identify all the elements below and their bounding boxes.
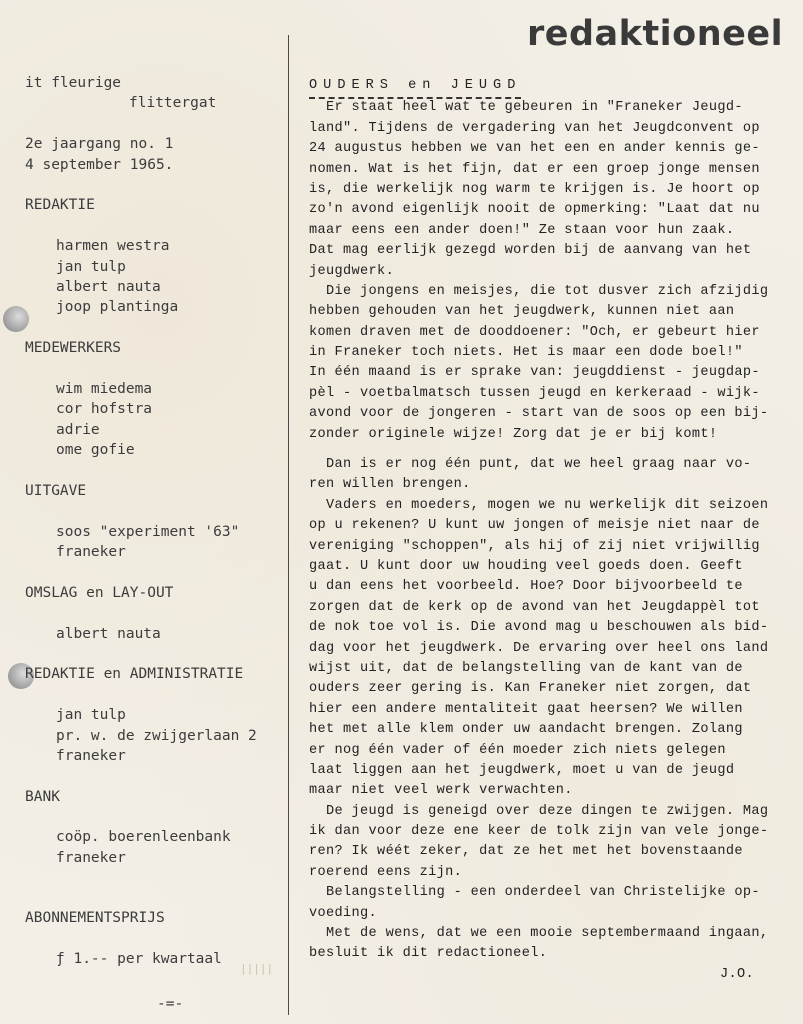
- section-line: cor hofstra: [25, 399, 285, 419]
- section-line: franeker: [25, 848, 285, 868]
- article-line: Er staat heel wat te gebeuren in "Franek…: [309, 98, 794, 118]
- section-heading: OMSLAG en LAY-OUT: [25, 583, 285, 603]
- issue-date: 4 september 1965.: [25, 155, 285, 175]
- article-line: 24 augustus hebben we van het een en and…: [309, 139, 794, 159]
- section-line: jan tulp: [25, 705, 285, 725]
- article-line: dag voor het jeugdwerk. De ervaring over…: [309, 639, 794, 659]
- section-line: jan tulp: [25, 257, 285, 277]
- article-line: ik dan voor deze ene keer de tolk zijn v…: [309, 822, 794, 842]
- article-line: Vaders en moeders, mogen we nu werkelijk…: [309, 496, 794, 516]
- section-line: albert nauta: [25, 624, 285, 644]
- section-line: soos "experiment '63": [25, 522, 285, 542]
- article-line: is, die werkelijk nog warm te krijgen is…: [309, 180, 794, 200]
- article-line: zo'n avond eigenlijk nooit de opmerking:…: [309, 200, 794, 220]
- article-line: maar niet veel werk verwachten.: [309, 781, 794, 801]
- article-line: laat liggen aan het jeugdwerk, moet u va…: [309, 761, 794, 781]
- article-line: hebben gehouden van het jeugdwerk, kunne…: [309, 302, 794, 322]
- section-heading: REDAKTIE en ADMINISTRATIE: [25, 664, 285, 684]
- colophon-sections: REDAKTIEharmen westrajan tulpalbert naut…: [25, 195, 285, 989]
- article-line: het met alle klem onder uw aandacht bren…: [309, 720, 794, 740]
- colophon: it fleurige flittergat 2e jaargang no. 1…: [25, 73, 285, 1014]
- article-line: pèl - voetbalmatsch tussen jeugd en kerk…: [309, 384, 794, 404]
- section-line: franeker: [25, 746, 285, 766]
- section-line: ome gofie: [25, 440, 285, 460]
- column-divider: [288, 35, 289, 1015]
- article-line: Dat mag eerlijk gezegd worden bij de aan…: [309, 241, 794, 261]
- article-line: ouders zeer gering is. Kan Franeker niet…: [309, 679, 794, 699]
- article: OUDERS en JEUGD Er staat heel wat te geb…: [309, 76, 794, 985]
- section-heading: ABONNEMENTSPRIJS: [25, 908, 285, 928]
- article-line: zorgen dat de kerk op de avond van het J…: [309, 598, 794, 618]
- article-line: komen draven met de dooddoener: "Och, er…: [309, 323, 794, 343]
- article-line: land". Tijdens de vergadering van het Je…: [309, 119, 794, 139]
- article-line: maar eens een ander doen!" Ze staan voor…: [309, 221, 794, 241]
- section-heading: BANK: [25, 787, 285, 807]
- section-line: coöp. boerenleenbank: [25, 827, 285, 847]
- article-line: De jeugd is geneigd over deze dingen te …: [309, 802, 794, 822]
- section-heading: MEDEWERKERS: [25, 338, 285, 358]
- section-line: joop plantinga: [25, 297, 285, 317]
- issue-number: 2e jaargang no. 1: [25, 134, 285, 154]
- article-line: er nog één vader of één moeder zich niet…: [309, 741, 794, 761]
- article-line: wijst uit, dat de belangstelling van de …: [309, 659, 794, 679]
- section-line: wim miedema: [25, 379, 285, 399]
- article-line: avond voor de jongeren - start van de so…: [309, 404, 794, 424]
- article-line: Belangstelling - een onderdeel van Chris…: [309, 883, 794, 903]
- article-line: roerend eens zijn.: [309, 863, 794, 883]
- section-heading: UITGAVE: [25, 481, 285, 501]
- article-line: ren? Ik wéét zeker, dat ze het met het b…: [309, 842, 794, 862]
- section-line: albert nauta: [25, 277, 285, 297]
- publication-name: it fleurige: [25, 73, 285, 93]
- article-line: Dan is er nog één punt, dat we heel graa…: [309, 455, 794, 475]
- article-title: OUDERS en JEUGD: [309, 76, 521, 99]
- section-line: pr. w. de zwijgerlaan 2: [25, 726, 285, 746]
- article-line: vereniging "schoppen", als hij of zij ni…: [309, 537, 794, 557]
- section-line: franeker: [25, 542, 285, 562]
- article-line: de nok toe vol is. Die avond mag u besch…: [309, 618, 794, 638]
- article-line: in Franeker toch niets. Het is maar een …: [309, 343, 794, 363]
- section-heading: REDAKTIE: [25, 195, 285, 215]
- pencil-mark: |||||: [240, 962, 273, 975]
- article-line: zonder originele wijze! Zorg dat je er b…: [309, 425, 794, 445]
- article-line: hier een andere mentaliteit gaat heersen…: [309, 700, 794, 720]
- article-line: nomen. Wat is het fijn, dat er een groep…: [309, 160, 794, 180]
- article-line: op u rekenen? U kunt uw jongen of meisje…: [309, 516, 794, 536]
- article-line: In één maand is er sprake van: jeugddien…: [309, 363, 794, 383]
- article-line: Die jongens en meisjes, die tot dusver z…: [309, 282, 794, 302]
- masthead-title: redaktioneel: [527, 14, 783, 54]
- article-body: Er staat heel wat te gebeuren in "Franek…: [309, 98, 794, 964]
- article-line: besluit ik dit redactioneel.: [309, 944, 794, 964]
- article-line: u dan eens het voorbeeld. Hoe? Door bijv…: [309, 577, 794, 597]
- signature: J.O.: [309, 965, 794, 985]
- article-line: [309, 445, 794, 455]
- article-line: ren willen brengen.: [309, 475, 794, 495]
- article-line: voeding.: [309, 904, 794, 924]
- article-line: Met de wens, dat we een mooie septemberm…: [309, 924, 794, 944]
- section-line: harmen westra: [25, 236, 285, 256]
- article-line: gaat. U kunt door uw houding veel goeds …: [309, 557, 794, 577]
- separator: -=-: [25, 994, 285, 1014]
- section-line: adrie: [25, 420, 285, 440]
- publication-name-line2: flittergat: [25, 93, 285, 113]
- article-line: jeugdwerk.: [309, 262, 794, 282]
